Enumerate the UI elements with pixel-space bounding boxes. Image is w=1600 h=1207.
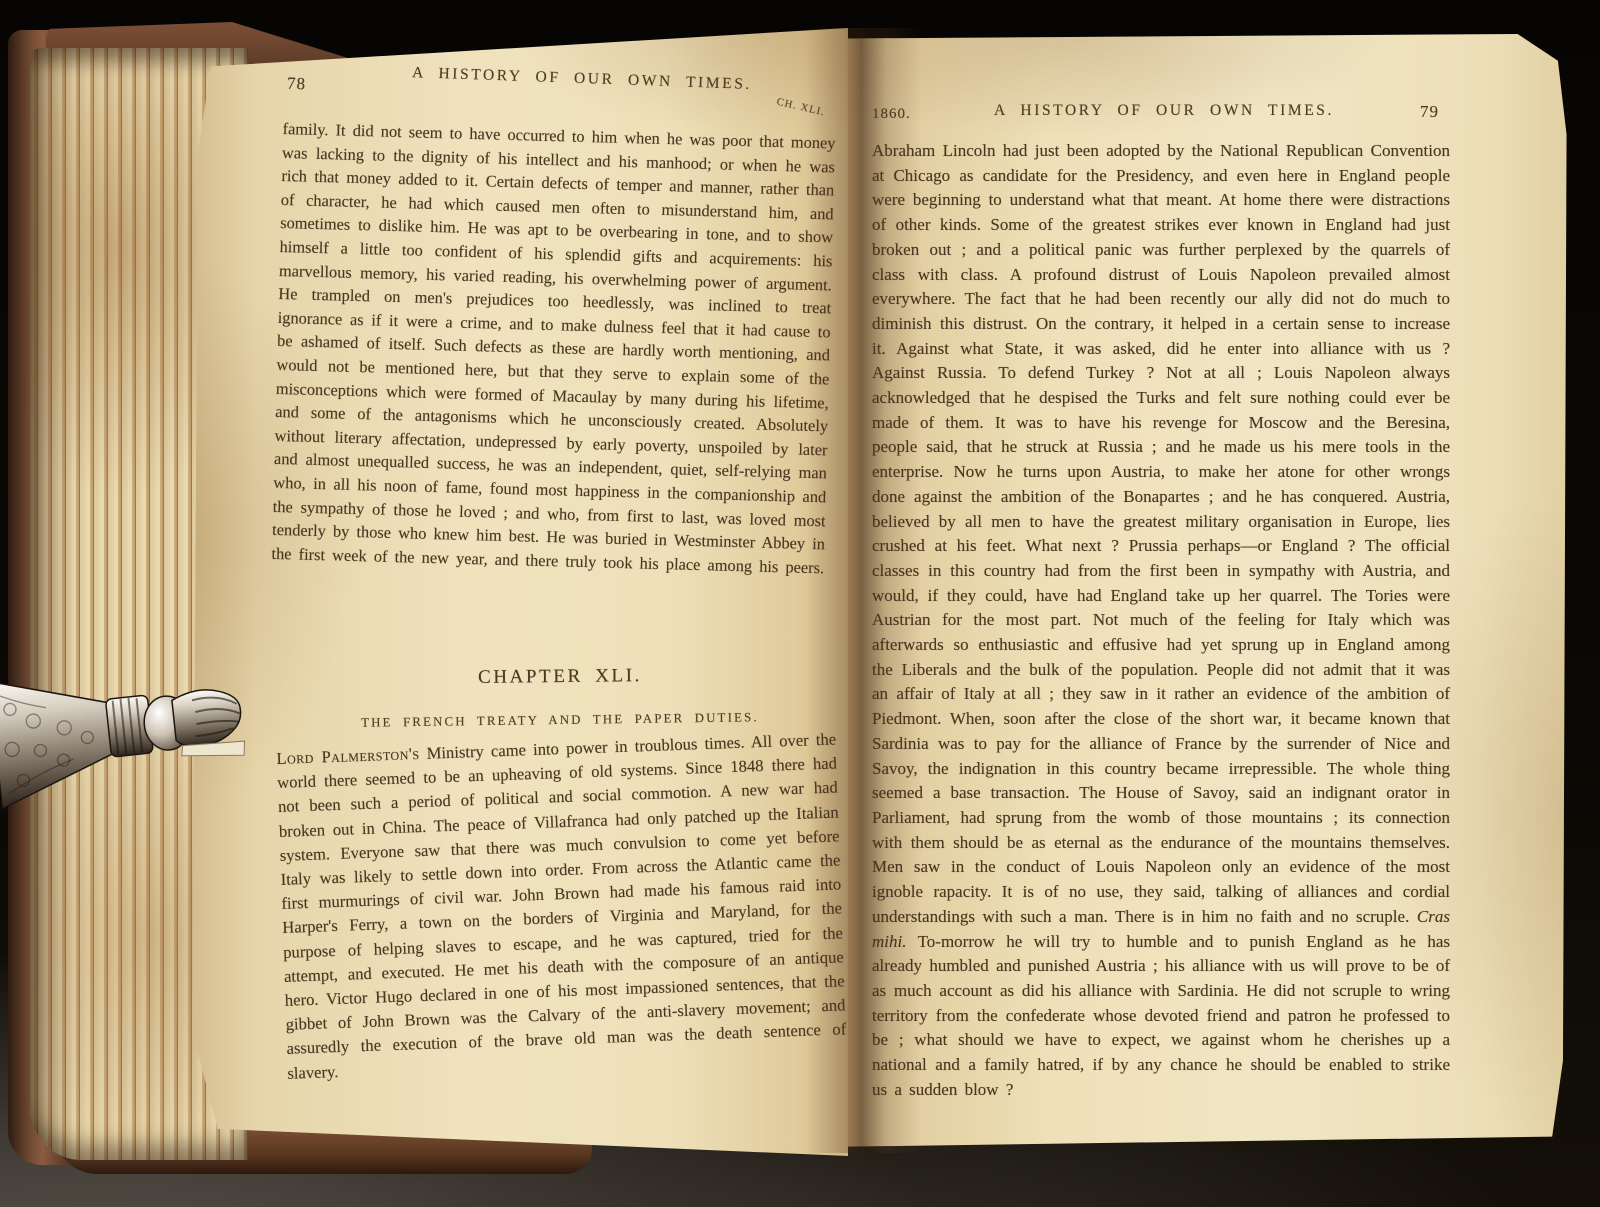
left-page-number: 78 bbox=[287, 74, 307, 95]
right-paragraph-text-b: To-morrow he will try to humble and to p… bbox=[872, 932, 1450, 1099]
right-page-number: 79 bbox=[1420, 102, 1439, 122]
left-paragraph-1: family. It did not seem to have occurred… bbox=[271, 117, 836, 580]
paragraph-2-text: Ministry came into power in troublous ti… bbox=[277, 729, 847, 1082]
right-paragraph-text-a: Abraham Lincoln had just been adopted by… bbox=[872, 141, 1450, 926]
right-paragraph: Abraham Lincoln had just been adopted by… bbox=[872, 139, 1450, 1102]
left-paragraph-2: Lord Palmerston's Ministry came into pow… bbox=[276, 727, 847, 1085]
bookmark-clasp-icon bbox=[0, 629, 254, 816]
photo-of-open-book: 78 A HISTORY OF OUR OWN TIMES. CH. XLI. … bbox=[0, 0, 1600, 1207]
paragraph-lead-smallcaps: Lord Palmerston's bbox=[276, 744, 420, 768]
right-running-header: A HISTORY OF OUR OWN TIMES. bbox=[992, 102, 1336, 120]
right-year-marker: 1860. bbox=[872, 106, 911, 123]
